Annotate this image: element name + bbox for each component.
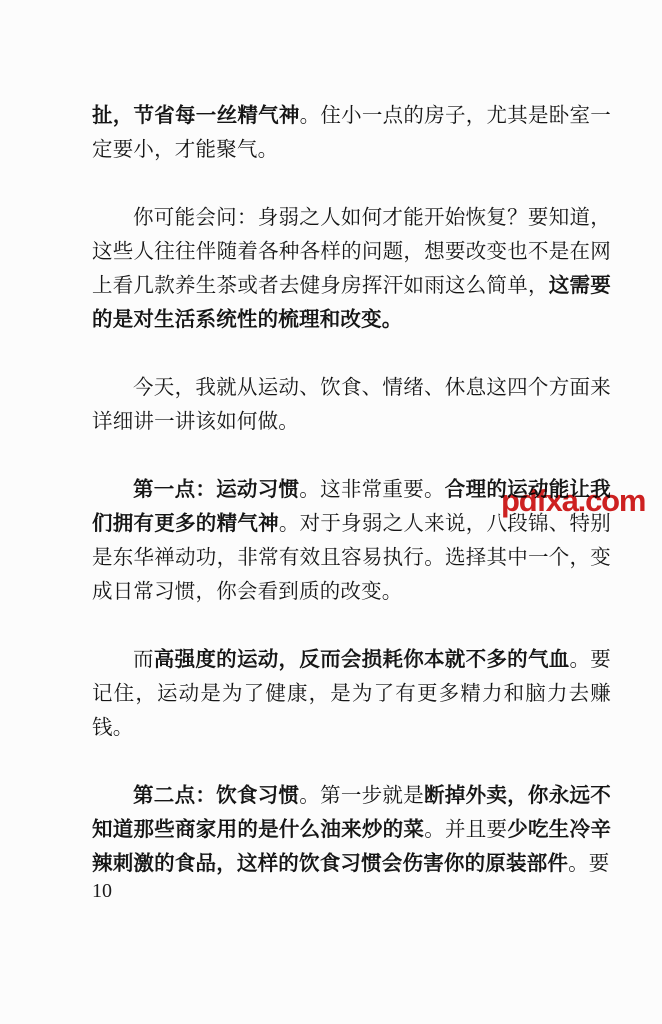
page-number: 10 [92,876,112,906]
watermark: pdfxa.com [501,485,645,516]
text-segment: 你可能会问：身弱之人如何才能开始恢复？要知道，这些人往往伴随着各种各样的问题，想… [92,207,611,297]
text-segment: 。要 [568,853,609,875]
text-segment: 。第一步就是 [299,785,424,807]
paragraph: 第二点：饮食习惯。第一步就是断掉外卖，你永远不知道那些商家用的是什么油来炒的菜。… [92,779,611,881]
book-page: 扯，节省每一丝精气神。住小一点的房子，尤其是卧室一定要小，才能聚气。你可能会问：… [0,0,662,1024]
text-segment: 而 [133,649,154,671]
text-segment: 扯，节省每一丝精气神 [92,105,300,127]
paragraph: 你可能会问：身弱之人如何才能开始恢复？要知道，这些人往往伴随着各种各样的问题，想… [92,201,611,337]
text-segment: 。并且要 [424,819,507,841]
text-segment: 高强度的运动，反而会损耗你本就不多的气血 [154,649,570,671]
text-segment: 第一点：运动习惯 [133,479,299,501]
text-segment: 第二点：饮食习惯 [133,785,299,807]
text-segment: 今天，我就从运动、饮食、情绪、休息这四个方面来详细讲一讲该如何做。 [92,377,611,433]
paragraph: 今天，我就从运动、饮食、情绪、休息这四个方面来详细讲一讲该如何做。 [92,371,611,439]
text-segment: 。这非常重要。 [299,479,445,501]
paragraph: 而高强度的运动，反而会损耗你本就不多的气血。要记住，运动是为了健康，是为了有更多… [92,643,611,745]
paragraph: 扯，节省每一丝精气神。住小一点的房子，尤其是卧室一定要小，才能聚气。 [92,99,611,167]
